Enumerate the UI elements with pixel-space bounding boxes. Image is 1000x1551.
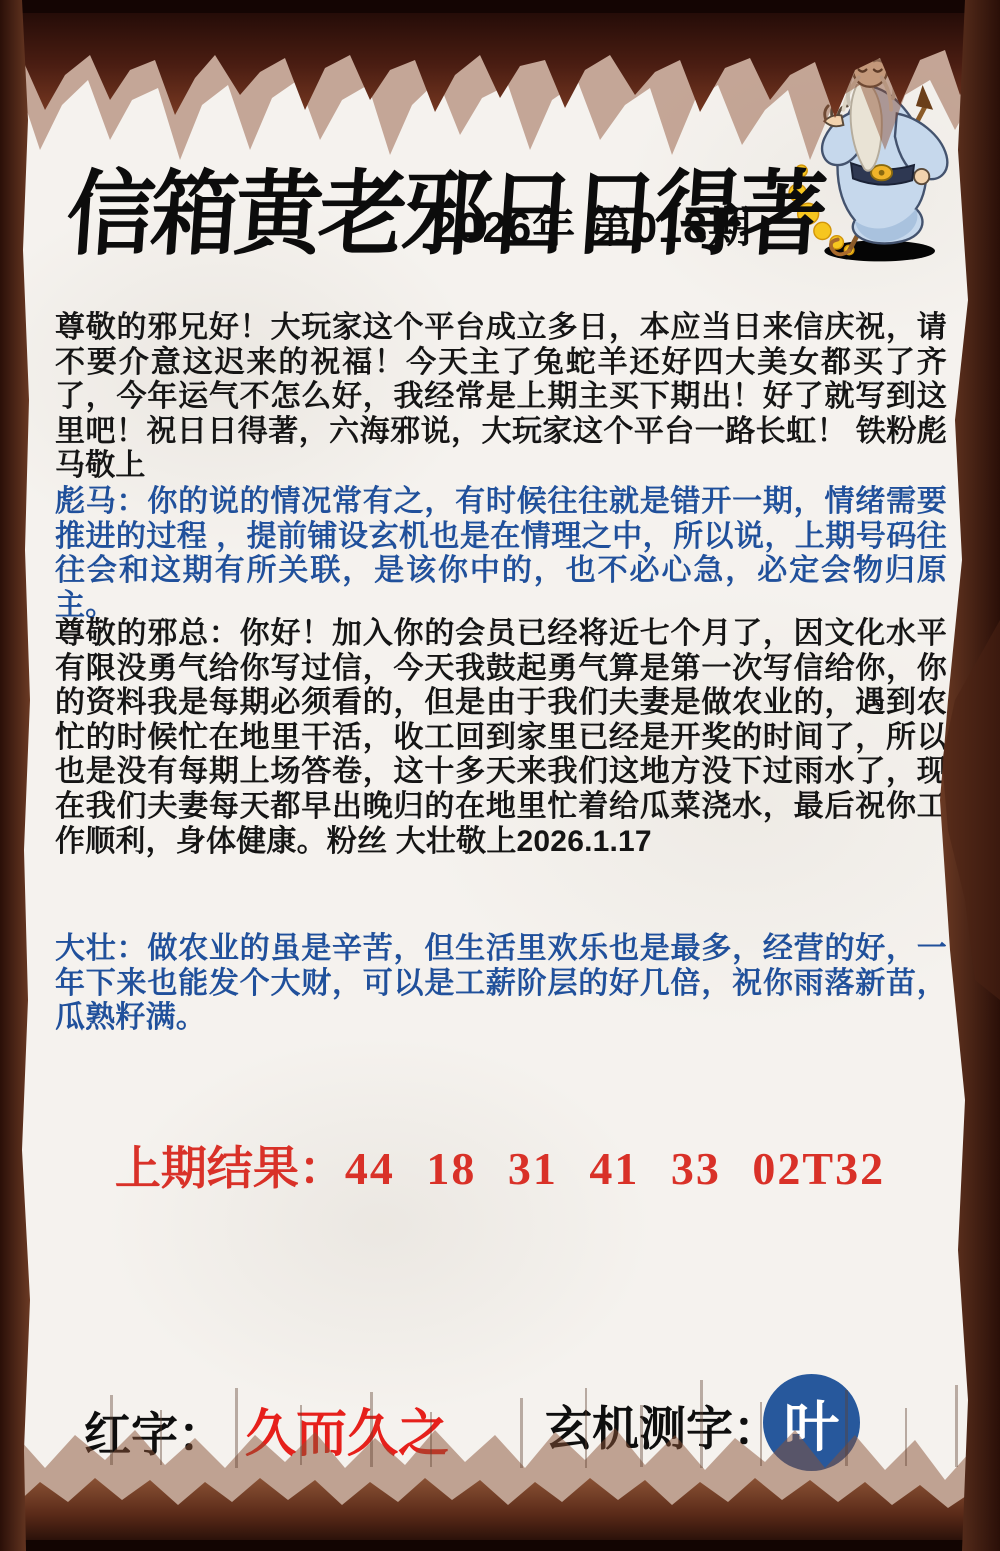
- previous-result-numbers: 44 18 31 41 33 02T32: [345, 1143, 885, 1194]
- previous-result-label: 上期结果：: [115, 1143, 345, 1194]
- red-word-value: 久而久之: [245, 1405, 449, 1462]
- reply-to-dazhuang: 大壮：做农业的虽是辛苦，但生活里欢乐也是最多，经营的好，一年下来也能发个大财，可…: [55, 932, 947, 1036]
- mystery-char-badge: 叶: [763, 1374, 860, 1471]
- fan-letter-2: 尊敬的邪总：你好！加入你的会员已经将近七个月了，因文化水平有限没勇气给你写过信，…: [55, 617, 947, 859]
- letter-poster-page: 信箱黄老邪日日得著 2026年 第018期: [0, 0, 1000, 1551]
- previous-result-line: 上期结果：44 18 31 41 33 02T32: [0, 1132, 1000, 1198]
- issue-number: 2026年 第018期: [0, 194, 752, 255]
- red-word-row: 红字：久而久之: [84, 1392, 449, 1466]
- red-word-label: 红字：: [84, 1408, 225, 1461]
- mystery-word-label: 玄机测字：: [545, 1392, 780, 1459]
- reply-to-biaoma: 彪马：你的说的情况常有之，有时候往往就是错开一期，情绪需要推进的过程 ，提前铺设…: [55, 485, 947, 623]
- fan-letter-1: 尊敬的邪兄好！大玩家这个平台成立多日，本应当日来信庆祝，请不要介意这迟来的祝福！…: [55, 311, 947, 484]
